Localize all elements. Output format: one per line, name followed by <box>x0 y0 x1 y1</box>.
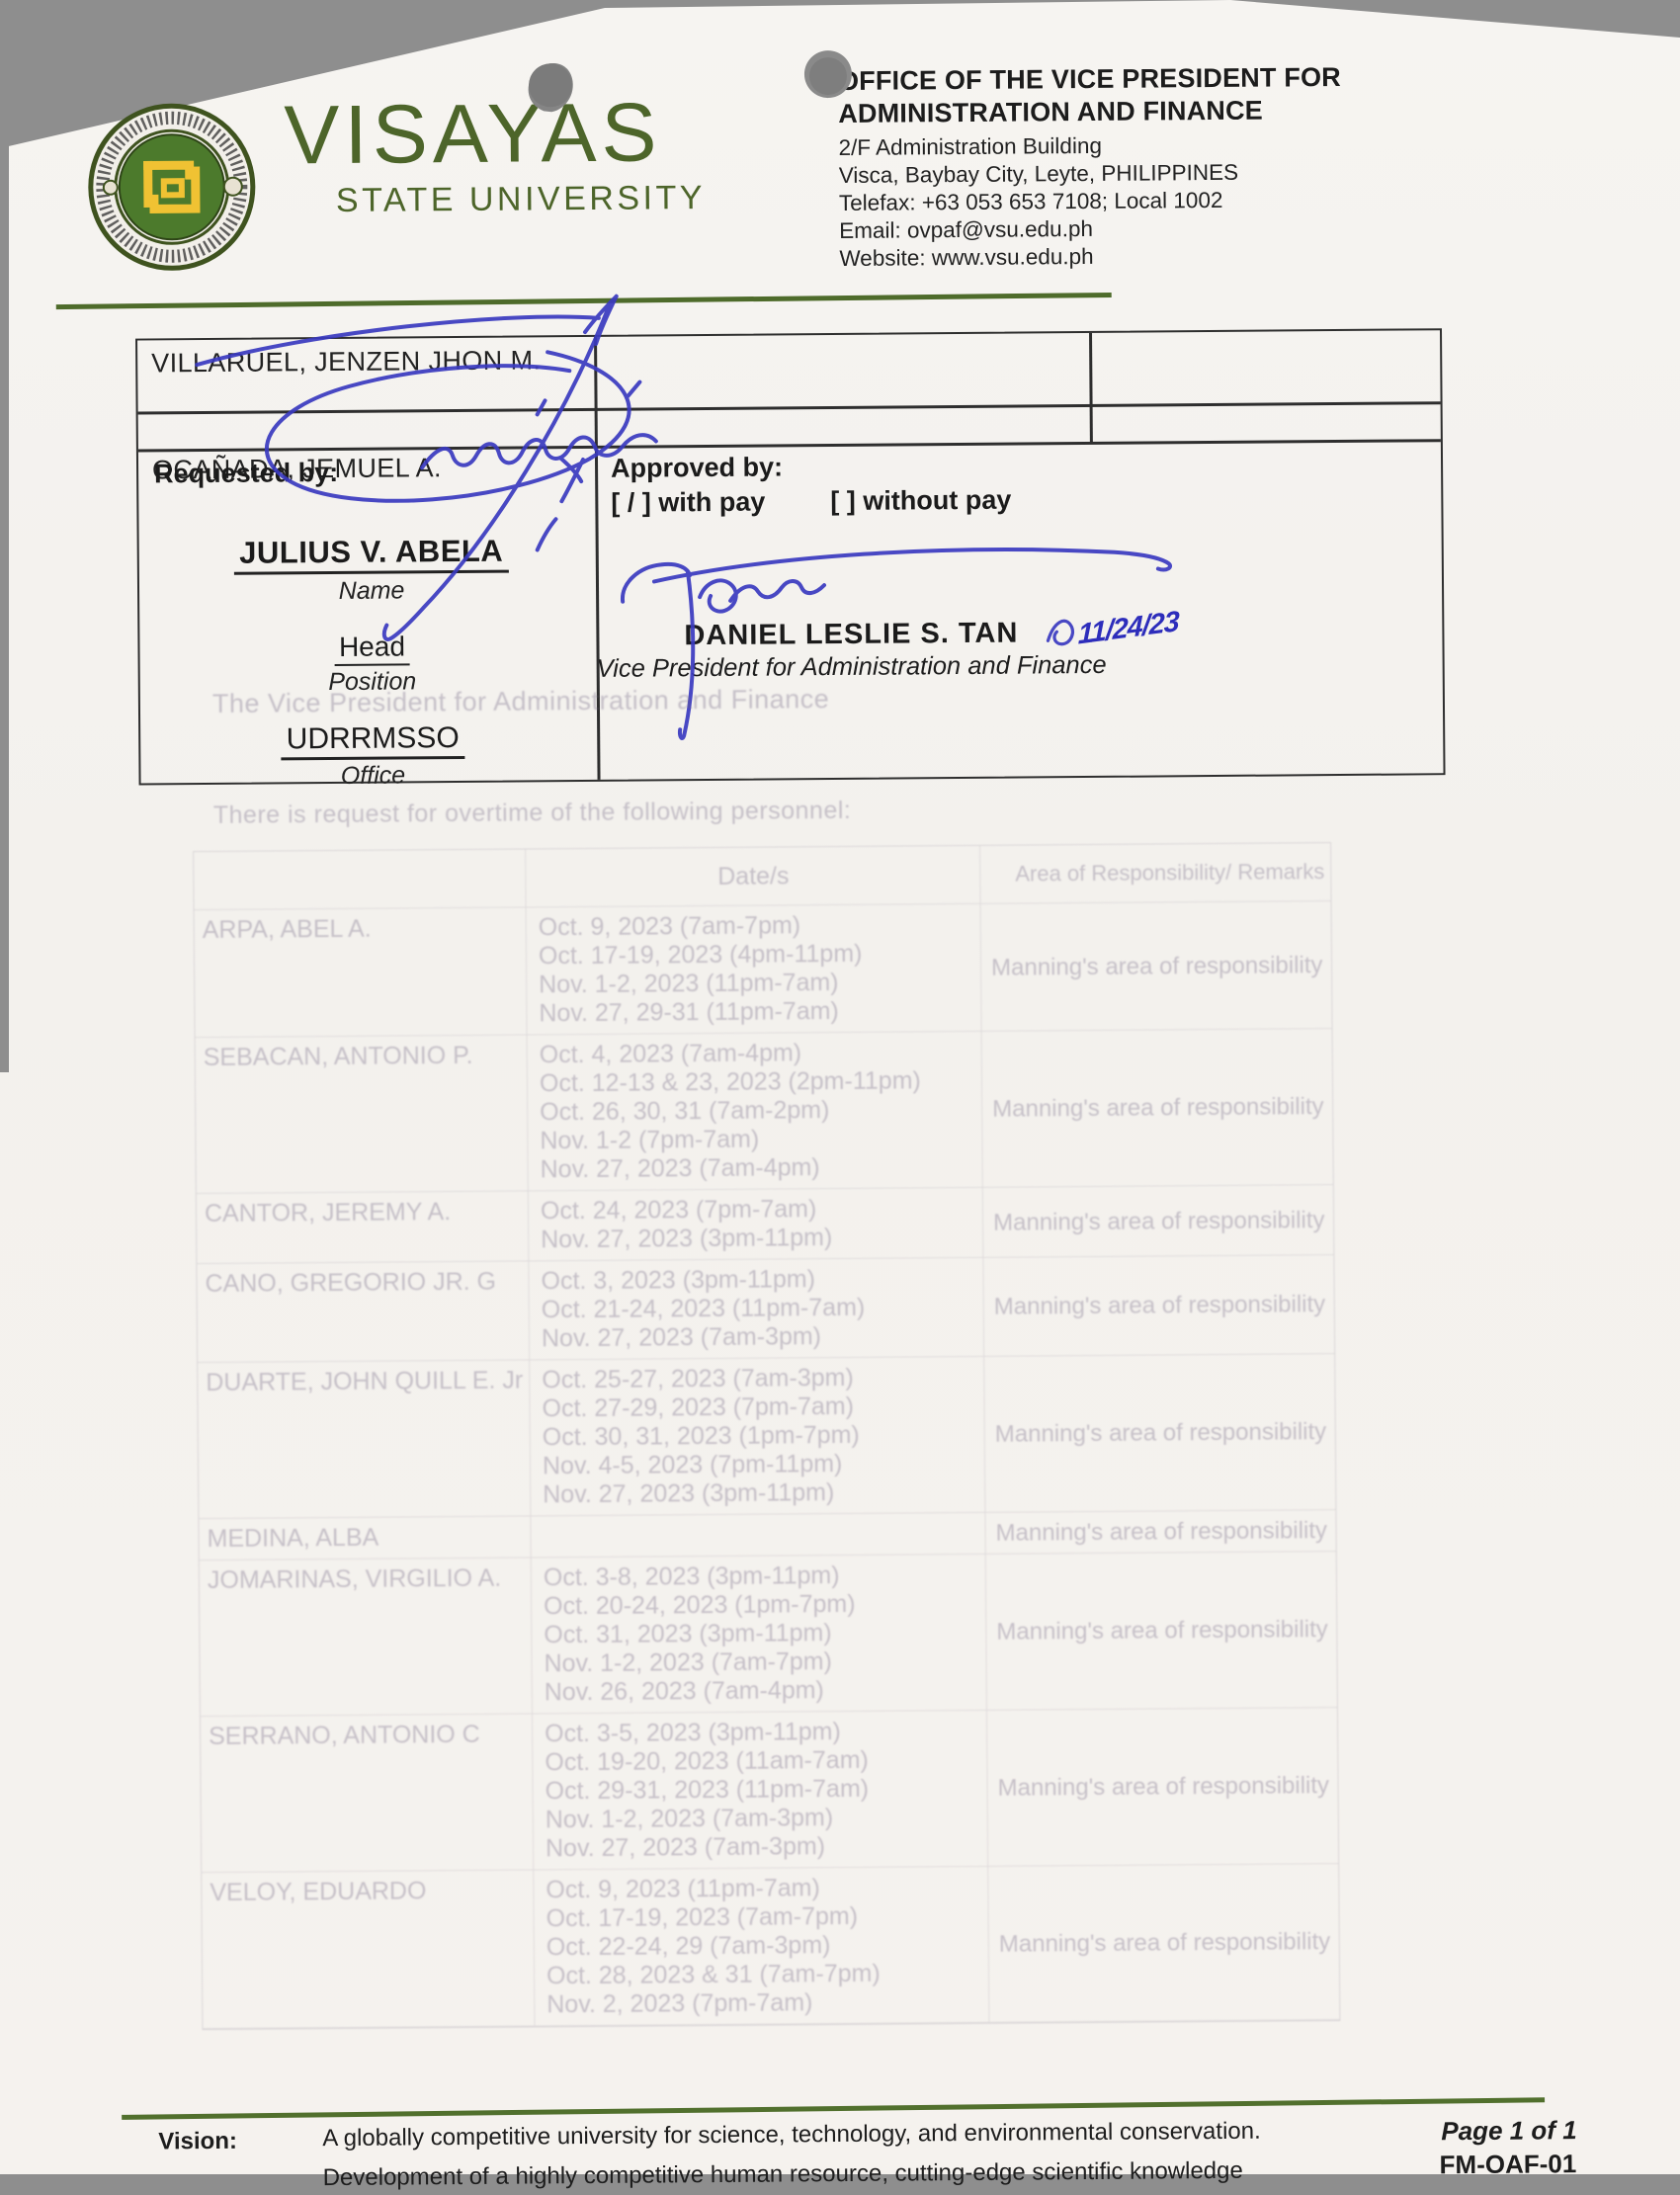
ghost-personnel-name: SEBACAN, ANTONIO P. <box>196 1035 544 1193</box>
ghost-date-line: Oct. 26, 30, 31 (7am-2pm) <box>540 1095 994 1128</box>
ghost-overtime-table: Date/sArea of Responsibility/ RemarksARP… <box>193 842 1340 2030</box>
ghost-table-row: DUARTE, JOHN QUILL E. JrOct. 25-27, 2023… <box>198 1354 1335 1519</box>
ghost-date-line: Oct. 22-24, 29 (7am-3pm) <box>546 1930 1001 1963</box>
ghost-header-remarks: Area of Responsibility/ Remarks <box>979 843 1359 903</box>
ghost-personnel-name: VELOY, EDUARDO <box>202 1870 549 2028</box>
ghost-date-line: Oct. 21-24, 2023 (11pm-7am) <box>542 1293 996 1325</box>
ghost-date-line: Oct. 31, 2023 (3pm-11pm) <box>544 1618 998 1650</box>
vision-label: Vision: <box>158 2128 237 2156</box>
ghost-personnel-name: CANO, GREGORIO JR. G <box>197 1261 545 1362</box>
ghost-date-line: Nov. 1-2, 2023 (11pm-7am) <box>539 968 993 1000</box>
ghost-date-line: Oct. 24, 2023 (7pm-7am) <box>541 1194 995 1226</box>
ghost-date-line: Nov. 2, 2023 (7pm-7am) <box>546 1987 1001 2020</box>
ghost-remark: Manning's area of responsibility <box>983 1354 1356 1512</box>
scanner-edge-strip <box>0 138 9 1072</box>
ghost-date-line: Oct. 30, 31, 2023 (1pm-7pm) <box>543 1420 997 1453</box>
ghost-date-line: Nov. 27, 2023 (3pm-11pm) <box>541 1223 995 1255</box>
ghost-date-line: Oct. 28, 2023 & 31 (7am-7pm) <box>546 1959 1001 1991</box>
ghost-date-line: Nov. 1-2 (7pm-7am) <box>540 1124 994 1156</box>
ghost-table-row: CANTOR, JEREMY A.Oct. 24, 2023 (7pm-7am)… <box>197 1185 1334 1264</box>
ghost-table-row: ARPA, ABEL A.Oct. 9, 2023 (7am-7pm)Oct. … <box>195 901 1332 1038</box>
ghost-date-line: Nov. 27, 2023 (3pm-11pm) <box>543 1477 997 1510</box>
ghost-table-row: JOMARINAS, VIRGILIO A.Oct. 3-8, 2023 (3p… <box>200 1552 1337 1717</box>
ghost-date-line: Oct. 19-20, 2023 (11am-7am) <box>545 1745 999 1778</box>
ghost-remark: Manning's area of responsibility <box>985 1552 1358 1710</box>
julius-signature-ink <box>197 295 658 640</box>
ghost-note-line1: The Vice President for Administration an… <box>212 684 830 719</box>
ghost-date-line: Oct. 29-31, 2023 (11pm-7am) <box>545 1774 999 1807</box>
ghost-table-row: SERRANO, ANTONIO COct. 3-5, 2023 (3pm-11… <box>201 1708 1338 1873</box>
ghost-date-line: Oct. 9, 2023 (11pm-7am) <box>546 1873 1000 1905</box>
ghost-remark: Manning's area of responsibility <box>986 1708 1359 1866</box>
ghost-date-line: Oct. 3-5, 2023 (3pm-11pm) <box>545 1717 999 1749</box>
ghost-date-line: Oct. 3, 2023 (3pm-11pm) <box>541 1264 995 1297</box>
ghost-personnel-name: ARPA, ABEL A. <box>195 907 543 1037</box>
ghost-date-line: Oct. 20-24, 2023 (1pm-7pm) <box>544 1589 998 1622</box>
ghost-remark: Manning's area of responsibility <box>981 1029 1354 1187</box>
ghost-date-line: Nov. 27, 2023 (7am-4pm) <box>541 1152 995 1185</box>
ghost-remark: Manning's area of responsibility <box>982 1185 1355 1257</box>
ghost-date-line: Nov. 26, 2023 (7am-4pm) <box>545 1675 999 1708</box>
ghost-personnel-name: DUARTE, JOHN QUILL E. Jr <box>198 1360 546 1518</box>
ghost-table-row: Date/sArea of Responsibility/ Remarks <box>194 843 1330 910</box>
ghost-date-line: Oct. 17-19, 2023 (4pm-11pm) <box>539 939 993 971</box>
ghost-date-line: Oct. 12-13 & 23, 2023 (2pm-11pm) <box>540 1066 994 1099</box>
form-code: FM-OAF-01 <box>1439 2149 1576 2174</box>
ghost-table-row: VELOY, EDUARDOOct. 9, 2023 (11pm-7am)Oct… <box>202 1864 1339 2029</box>
ghost-remark: Manning's area of responsibility <box>982 1255 1355 1356</box>
ghost-date-line: Nov. 27, 29-31 (11pm-7am) <box>539 996 993 1029</box>
ghost-date-line: Oct. 3-8, 2023 (3pm-11pm) <box>544 1561 998 1593</box>
page-indicator: Page 1 of 1 <box>1441 2115 1577 2147</box>
document-content: VISAYAS STATE UNIVERSITY OFFICE OF THE V… <box>0 0 1680 2174</box>
ghost-table-row: SEBACAN, ANTONIO P.Oct. 4, 2023 (7am-4pm… <box>196 1029 1333 1194</box>
ghost-date-line: Oct. 17-19, 2023 (7am-7pm) <box>546 1901 1000 1934</box>
date-scribble-ink <box>1048 621 1072 644</box>
ghost-header-dates: Date/s <box>525 846 980 907</box>
ghost-remark: Manning's area of responsibility <box>987 1864 1360 2022</box>
ghost-date-line: Oct. 25-27, 2023 (7am-3pm) <box>542 1363 996 1395</box>
ghost-date-line: Nov. 4-5, 2023 (7pm-11pm) <box>543 1449 997 1481</box>
ghost-date-line: Oct. 27-29, 2023 (7pm-7am) <box>542 1392 996 1424</box>
ghost-date-line: Nov. 1-2, 2023 (7am-7pm) <box>544 1646 998 1679</box>
ghost-personnel-name: MEDINA, ALBA <box>199 1516 546 1560</box>
ghost-date-line: Nov. 27, 2023 (7am-3pm) <box>546 1831 1000 1864</box>
ghost-date-line: Oct. 9, 2023 (7am-7pm) <box>539 910 993 943</box>
ghost-date-line: Oct. 4, 2023 (7am-4pm) <box>540 1038 994 1070</box>
ghost-remark: Manning's area of responsibility <box>980 901 1353 1031</box>
ghost-personnel-name: SERRANO, ANTONIO C <box>201 1714 548 1872</box>
ghost-remark: Manning's area of responsibility <box>984 1510 1356 1554</box>
ghost-date-line: Nov. 27, 2023 (7am-3pm) <box>542 1321 996 1354</box>
ghost-note-line2: There is request for overtime of the fol… <box>213 797 852 830</box>
ghost-date-line: Nov. 1-2, 2023 (7am-3pm) <box>546 1803 1000 1835</box>
ghost-table-row: CANO, GREGORIO JR. GOct. 3, 2023 (3pm-11… <box>197 1255 1334 1363</box>
ghost-personnel-name: CANTOR, JEREMY A. <box>197 1191 545 1263</box>
ghost-personnel-name: JOMARINAS, VIRGILIO A. <box>200 1558 547 1716</box>
